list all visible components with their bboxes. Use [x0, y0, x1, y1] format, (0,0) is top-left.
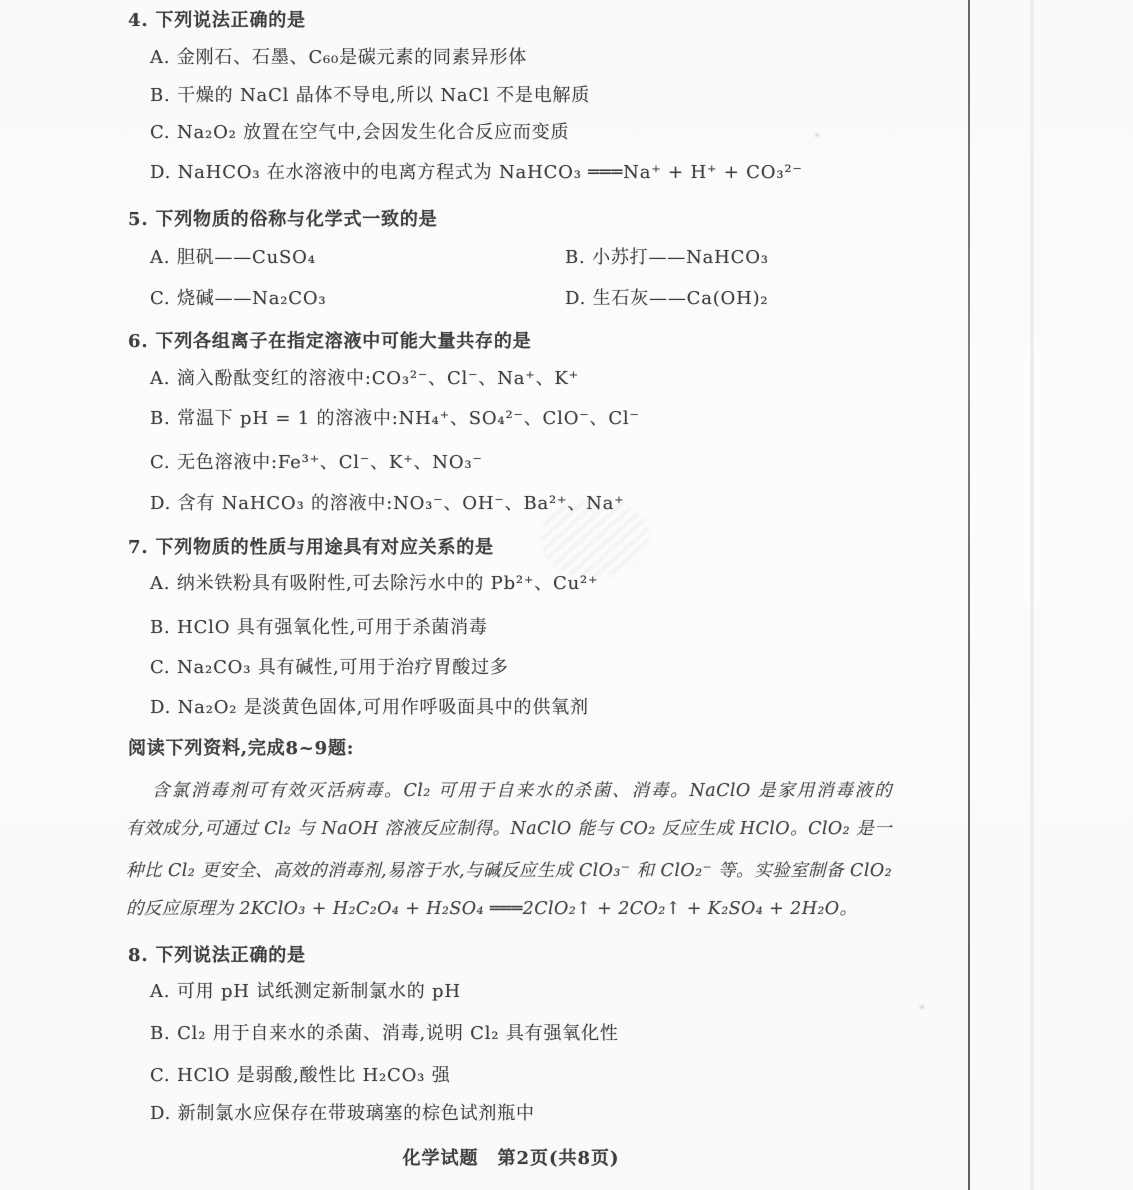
question-5-stem: 5. 下列物质的俗称与化学式一致的是	[128, 207, 437, 233]
question-4-stem: 4. 下列说法正确的是	[128, 8, 306, 34]
reading-passage-line-4: 的反应原理为 2KClO₃ + H₂C₂O₄ + H₂SO₄ ═══2ClO₂↑…	[126, 896, 892, 922]
question-5-option-a: A. 胆矾——CuSO₄	[150, 245, 316, 271]
question-6-stem: 6. 下列各组离子在指定溶液中可能大量共存的是	[128, 329, 531, 355]
scanned-exam-page: 4. 下列说法正确的是 A. 金刚石、石墨、C₆₀是碳元素的同素异形体 B. 干…	[0, 0, 1133, 1190]
question-7-option-a: A. 纳米铁粉具有吸附性,可去除污水中的 Pb²⁺、Cu²⁺	[150, 571, 598, 597]
binding-line	[968, 0, 970, 1190]
question-8-option-d: D. 新制氯水应保存在带玻璃塞的棕色试剂瓶中	[150, 1101, 535, 1127]
question-8-option-b: B. Cl₂ 用于自来水的杀菌、消毒,说明 Cl₂ 具有强氧化性	[150, 1021, 619, 1047]
question-7-stem: 7. 下列物质的性质与用途具有对应关系的是	[128, 535, 494, 561]
scan-speck	[815, 133, 819, 137]
scan-edge-band	[1030, 0, 1034, 1190]
reading-passage-line-1: 含氯消毒剂可有效灭活病毒。Cl₂ 可用于自来水的杀菌、消毒。NaClO 是家用消…	[126, 778, 892, 804]
question-4-option-a: A. 金刚石、石墨、C₆₀是碳元素的同素异形体	[150, 45, 527, 71]
question-6-option-c: C. 无色溶液中:Fe³⁺、Cl⁻、K⁺、NO₃⁻	[150, 450, 483, 476]
question-7-option-c: C. Na₂CO₃ 具有碱性,可用于治疗胃酸过多	[150, 655, 509, 681]
scan-canvas: { "q4": { "stem": "4. 下列说法正确的是", "a": "A…	[0, 0, 1133, 1190]
question-5-option-d: D. 生石灰——Ca(OH)₂	[565, 286, 768, 312]
question-5-option-b: B. 小苏打——NaHCO₃	[565, 245, 769, 271]
question-8-option-a: A. 可用 pH 试纸测定新制氯水的 pH	[150, 979, 461, 1005]
question-6-option-a: A. 滴入酚酞变红的溶液中:CO₃²⁻、Cl⁻、Na⁺、K⁺	[150, 366, 579, 392]
question-4-option-c: C. Na₂O₂ 放置在空气中,会因发生化合反应而变质	[150, 120, 569, 146]
question-8-option-c: C. HClO 是弱酸,酸性比 H₂CO₃ 强	[150, 1063, 451, 1089]
question-7-option-d: D. Na₂O₂ 是淡黄色固体,可用作呼吸面具中的供氧剂	[150, 695, 589, 721]
reading-passage-line-3: 种比 Cl₂ 更安全、高效的消毒剂,易溶于水,与碱反应生成 ClO₃⁻ 和 Cl…	[126, 858, 892, 884]
question-5-option-c: C. 烧碱——Na₂CO₃	[150, 286, 326, 312]
question-4-option-d: D. NaHCO₃ 在水溶液中的电离方程式为 NaHCO₃ ═══Na⁺ + H…	[150, 160, 803, 186]
reading-passage-line-2: 有效成分,可通过 Cl₂ 与 NaOH 溶液反应制得。NaClO 能与 CO₂ …	[126, 816, 892, 842]
scan-speck	[920, 1005, 924, 1009]
page-footer: 化学试题 第2页(共8页)	[128, 1146, 894, 1172]
question-4-option-b: B. 干燥的 NaCl 晶体不导电,所以 NaCl 不是电解质	[150, 83, 590, 109]
question-8-stem: 8. 下列说法正确的是	[128, 943, 306, 969]
question-7-option-b: B. HClO 具有强氧化性,可用于杀菌消毒	[150, 615, 488, 641]
question-6-option-b: B. 常温下 pH = 1 的溶液中:NH₄⁺、SO₄²⁻、ClO⁻、Cl⁻	[150, 406, 640, 432]
reading-intro: 阅读下列资料,完成8~9题:	[128, 736, 354, 762]
